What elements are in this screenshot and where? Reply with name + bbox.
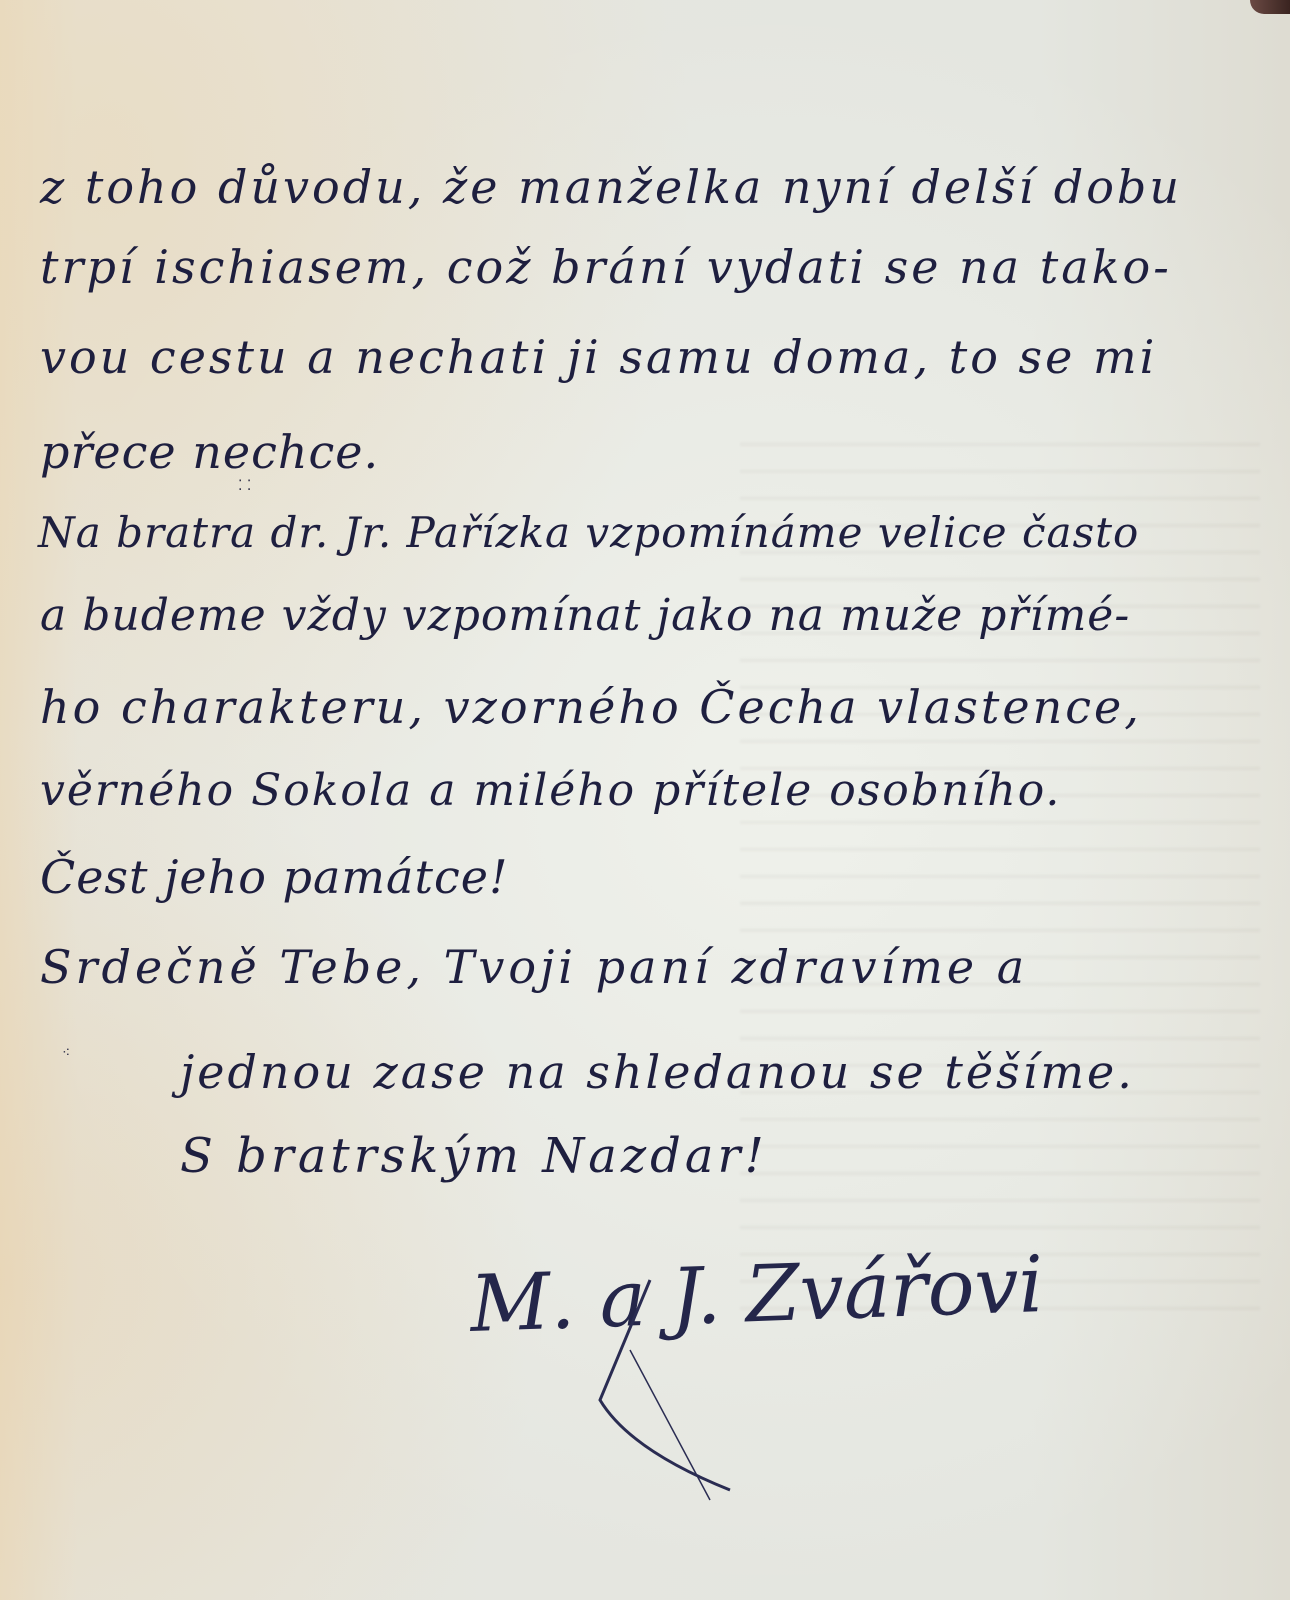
ink-dots: ⁚ ⁚ [238,478,251,494]
letter-line-7: ho charakteru, vzorného Čecha vlastence, [40,680,1142,734]
letter-line-10: Srdečně Tebe, Tvoji paní zdravíme a [40,940,1028,994]
letter-line-12: S bratrským Nazdar! [180,1128,768,1184]
signature-flourish [590,1250,790,1510]
letter-line-8: věrného Sokola a milého přítele osobního… [40,765,1061,816]
letter-line-1: z toho důvodu, že manželka nyní delší do… [40,160,1182,214]
letter-line-3: vou cestu a nechati ji samu doma, to se … [40,330,1157,384]
ink-dots: ⁖ [62,1045,70,1061]
letter-line-5: Na bratra dr. Jr. Pařízka vzpomínáme vel… [38,508,1139,557]
letter-line-6: a budeme vždy vzpomínat jako na muže pří… [40,590,1130,641]
letter-line-9: Čest jeho památce! [40,850,508,904]
book-binding-edge [1250,0,1290,14]
paper-page: z toho důvodu, že manželka nyní delší do… [0,0,1290,1600]
letter-line-4: přece nechce. [40,425,379,479]
letter-line-2: trpí ischiasem, což brání vydati se na t… [40,240,1172,294]
letter-line-11: jednou zase na shledanou se těšíme. [180,1045,1135,1099]
